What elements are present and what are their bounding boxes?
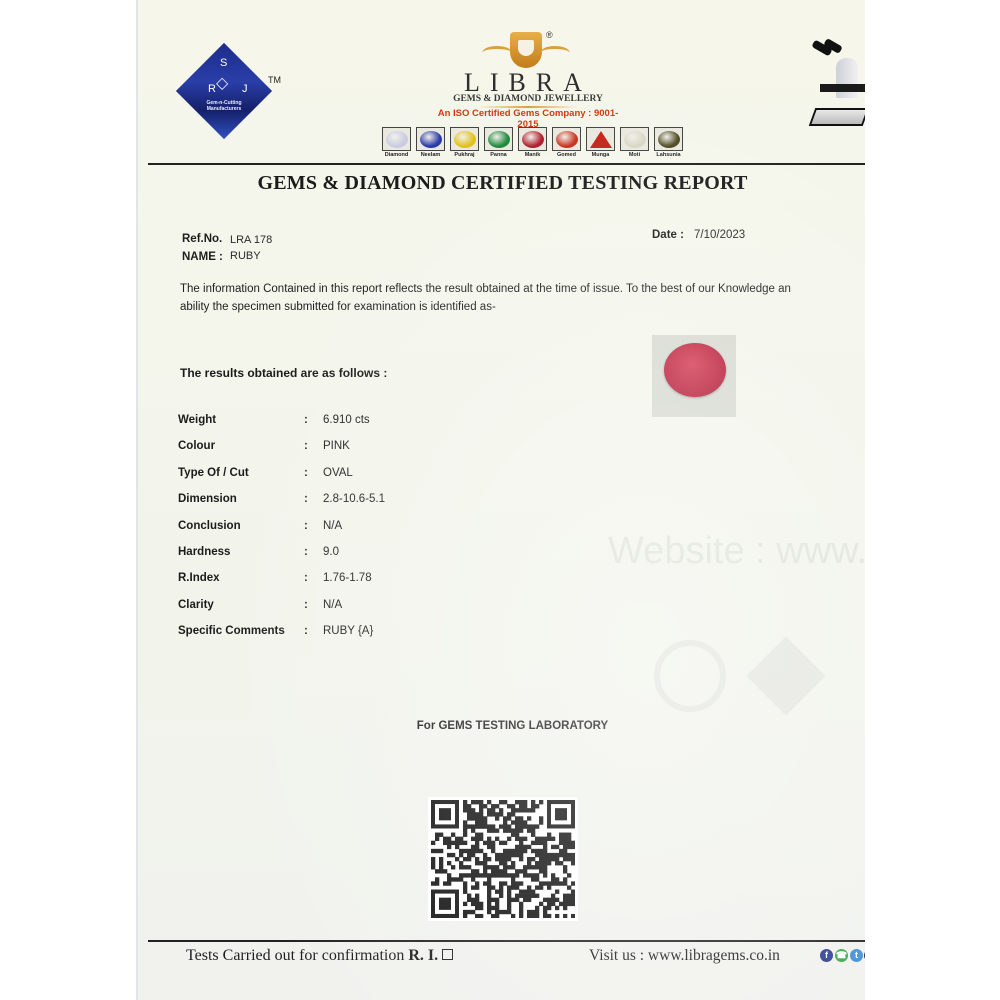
- certificate-page: S R J ◇ Gem-n-Cutting Manufacturers TM ®…: [136, 0, 865, 1000]
- spec-value: 6.910 cts: [323, 414, 370, 426]
- gem-munga: Munga: [585, 127, 616, 158]
- gem-label: Panna: [490, 152, 507, 158]
- spec-label: Type Of / Cut: [178, 467, 308, 479]
- gomed-gem-icon: [556, 131, 578, 148]
- name-label: NAME :: [182, 251, 223, 263]
- neelam-gem-icon: [420, 131, 442, 148]
- gemstone-photo: [652, 335, 736, 417]
- lab-signature-label: For GEMS TESTING LABORATORY: [138, 720, 865, 732]
- whatsapp-icon[interactable]: ☎: [835, 949, 848, 962]
- spec-value: N/A: [323, 520, 342, 532]
- ri-checkbox[interactable]: [442, 949, 453, 960]
- spec-colon: :: [304, 520, 308, 532]
- spec-colon: :: [304, 599, 308, 611]
- spec-label: Conclusion: [178, 520, 308, 532]
- twitter-icon[interactable]: t: [850, 949, 863, 962]
- spec-colon: :: [304, 572, 308, 584]
- ref-no-value: LRA 178: [230, 234, 272, 246]
- report-title: GEMS & DIAMOND CERTIFIED TESTING REPORT: [138, 172, 865, 195]
- diamond-gem-icon: [386, 131, 408, 148]
- gem-label: Manik: [525, 152, 541, 158]
- date-label: Date :: [652, 229, 684, 241]
- srj-tagline: Gem-n-Cutting Manufacturers: [200, 100, 248, 112]
- diamond-watermark: [746, 636, 825, 715]
- diamond-icon: ◇: [216, 73, 228, 93]
- spec-colon: :: [304, 546, 308, 558]
- qr-code[interactable]: [428, 797, 578, 921]
- name-value: RUBY: [230, 250, 261, 262]
- srj-logo: S R J ◇ Gem-n-Cutting Manufacturers TM: [176, 43, 272, 139]
- footer-divider: [148, 940, 865, 942]
- spec-value: 9.0: [323, 546, 339, 558]
- ruby-stone-image: [664, 343, 726, 397]
- gem-diamond: Diamond: [381, 127, 412, 158]
- spec-label: Dimension: [178, 493, 308, 505]
- manik-gem-icon: [522, 131, 544, 148]
- visit-us-link[interactable]: Visit us : www.libragems.co.in: [589, 947, 780, 965]
- gem-gomed: Gomed: [551, 127, 582, 158]
- gem-moti: Moti: [619, 127, 650, 158]
- pukhraj-gem-icon: [454, 131, 476, 148]
- srj-letter-s: S: [220, 57, 227, 69]
- header-divider: [148, 163, 865, 165]
- date-value: 7/10/2023: [694, 229, 745, 241]
- spec-label: Specific Comments: [178, 625, 308, 637]
- spec-value: RUBY {A}: [323, 625, 373, 637]
- lahsunia-gem-icon: [658, 131, 680, 148]
- youtube-icon[interactable]: ▶: [864, 949, 865, 962]
- spec-label: Colour: [178, 440, 308, 452]
- gem-neelam: Neelam: [415, 127, 446, 158]
- spec-value: 1.76-1.78: [323, 572, 372, 584]
- tests-confirmation: Tests Carried out for confirmation R. I.: [186, 947, 453, 965]
- website-watermark: Website : www.libragems.co.in: [608, 530, 865, 573]
- seal-watermark: [654, 640, 726, 712]
- spec-colon: :: [304, 414, 308, 426]
- gem-label: Gomed: [557, 152, 576, 158]
- ref-no-label: Ref.No.: [182, 233, 222, 245]
- spec-value: N/A: [323, 599, 342, 611]
- microscope-icon: [806, 36, 865, 132]
- gem-strip: DiamondNeelamPukhrajPannaManikGomedMunga…: [381, 127, 684, 158]
- facebook-icon[interactable]: f: [820, 949, 833, 962]
- gem-panna: Panna: [483, 127, 514, 158]
- gem-label: Moti: [629, 152, 640, 158]
- gem-manik: Manik: [517, 127, 548, 158]
- gem-label: Pukhraj: [454, 152, 474, 158]
- munga-gem-icon: [590, 131, 612, 148]
- trademark-mark: TM: [268, 75, 281, 85]
- gem-label: Munga: [592, 152, 610, 158]
- ri-label: R. I.: [408, 947, 438, 964]
- brand-subtitle: GEMS & DIAMOND JEWELLERY: [438, 94, 618, 104]
- spec-label: R.Index: [178, 572, 308, 584]
- gem-label: Diamond: [385, 152, 409, 158]
- gem-label: Lahsunia: [656, 152, 680, 158]
- spec-label: Weight: [178, 414, 308, 426]
- srj-letter-j: J: [242, 83, 248, 95]
- gem-lahsunia: Lahsunia: [653, 127, 684, 158]
- moti-gem-icon: [624, 131, 646, 148]
- tests-text: Tests Carried out for confirmation: [186, 947, 404, 964]
- results-heading: The results obtained are as follows :: [180, 366, 387, 380]
- spec-colon: :: [304, 467, 308, 479]
- intro-paragraph: The information Contained in this report…: [180, 280, 800, 316]
- spec-colon: :: [304, 625, 308, 637]
- gem-pukhraj: Pukhraj: [449, 127, 480, 158]
- spec-colon: :: [304, 440, 308, 452]
- spec-colon: :: [304, 493, 308, 505]
- panna-gem-icon: [488, 131, 510, 148]
- spec-value: OVAL: [323, 467, 353, 479]
- srj-letter-r: R: [208, 83, 216, 95]
- spec-label: Hardness: [178, 546, 308, 558]
- registered-mark: ®: [546, 30, 553, 40]
- gem-label: Neelam: [421, 152, 441, 158]
- spec-value: 2.8-10.6-5.1: [323, 493, 385, 505]
- spec-value: PINK: [323, 440, 350, 452]
- spec-label: Clarity: [178, 599, 308, 611]
